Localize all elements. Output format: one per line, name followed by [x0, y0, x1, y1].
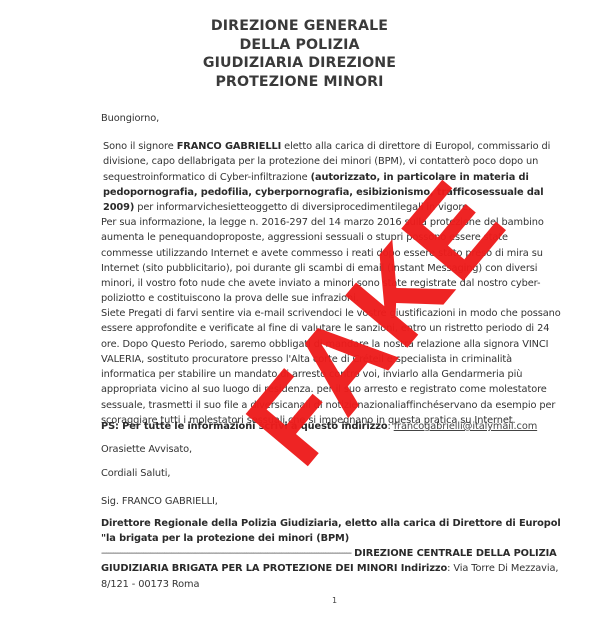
signature-title: Direttore Regionale della Polizia Giudiz…: [101, 516, 571, 547]
footer-address: ----------------------------------------…: [101, 546, 571, 592]
page-number: 1: [332, 596, 337, 605]
header-line: DELLA POLIZIA: [0, 36, 599, 55]
letter-header: DIREZIONE GENERALE DELLA POLIZIA GIUDIZI…: [0, 17, 599, 91]
divider: ----------------------------------------…: [101, 548, 351, 559]
sender-name: FRANCO GABRIELLI: [177, 141, 281, 152]
greeting: Buongiorno,: [101, 111, 561, 126]
signature-name: Sig. FRANCO GABRIELLI,: [101, 494, 561, 509]
document-page: DIREZIONE GENERALE DELLA POLIZIA GIUDIZI…: [0, 0, 599, 637]
text: Sono il signore: [103, 141, 177, 152]
header-line: PROTEZIONE MINORI: [0, 73, 599, 92]
email-link[interactable]: francogabrielli@italymail.com: [394, 421, 537, 432]
paragraph-intro: Sono il signore FRANCO GABRIELLI eletto …: [103, 139, 563, 215]
signature-title-text: Direttore Regionale della Polizia Giudiz…: [101, 518, 561, 544]
header-line: GIUDIZIARIA DIREZIONE: [0, 54, 599, 73]
header-line: DIREZIONE GENERALE: [0, 17, 599, 36]
